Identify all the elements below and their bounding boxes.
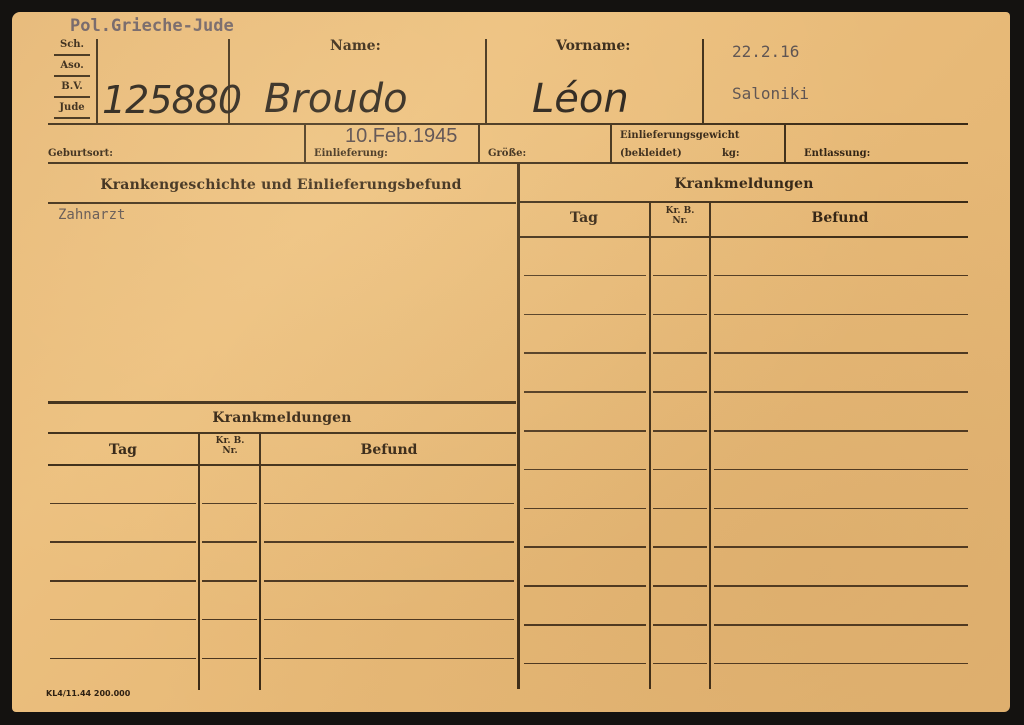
name-label: Name: (330, 38, 381, 54)
row-rule (264, 541, 514, 543)
col-befund: Befund (712, 210, 968, 226)
col-krb: Kr. B. (650, 206, 710, 216)
divider (709, 202, 711, 689)
row-rule (653, 430, 707, 432)
col-nr: Nr. (200, 446, 260, 456)
divider (54, 54, 90, 56)
row-rule (524, 352, 646, 354)
history-title: Krankengeschichte und Einlieferungsbefun… (48, 177, 514, 193)
birthplace-label: Geburtsort: (48, 148, 113, 159)
row-rule (524, 624, 646, 626)
row-rule (653, 314, 707, 316)
row-rule (50, 580, 196, 582)
row-rule (653, 508, 707, 510)
weight-unit: kg: (722, 148, 740, 159)
admission-date-stamp: 10.Feb.1945 (345, 125, 457, 148)
row-rule (50, 541, 196, 543)
divider (520, 201, 968, 203)
row-rule (202, 503, 257, 505)
row-rule (714, 663, 968, 665)
row-rule (524, 391, 646, 393)
row-rule (524, 469, 646, 471)
divider (48, 123, 968, 125)
row-rule (202, 580, 257, 582)
row-rule (653, 663, 707, 665)
divider (485, 39, 487, 123)
row-rule (653, 391, 707, 393)
divider (48, 432, 516, 434)
row-rule (653, 469, 707, 471)
row-rule (714, 585, 968, 587)
row-rule (264, 658, 514, 660)
divider (54, 75, 90, 77)
row-rule (714, 469, 968, 471)
row-rule (264, 580, 514, 582)
firstname-value: Léon (532, 76, 629, 122)
divider (520, 236, 968, 238)
row-rule (524, 275, 646, 277)
birth-date: 22.2.16 (732, 42, 799, 61)
height-label: Größe: (488, 148, 526, 159)
divider (48, 162, 968, 164)
row-rule (653, 546, 707, 548)
col-nr: Nr. (650, 216, 710, 226)
row-rule (714, 508, 968, 510)
row-rule (202, 619, 257, 621)
row-rule (653, 585, 707, 587)
row-rule (524, 585, 646, 587)
divider (478, 125, 480, 163)
label-sch: Sch. (54, 39, 90, 50)
row-rule (714, 391, 968, 393)
history-entry[interactable]: Zahnarzt (58, 207, 125, 223)
divider (48, 202, 516, 204)
row-rule (264, 619, 514, 621)
prisoner-number: 125880 (102, 78, 241, 122)
divider (784, 125, 786, 163)
row-rule (714, 430, 968, 432)
divider (54, 96, 90, 98)
row-rule (714, 352, 968, 354)
admission-label: Einlieferung: (314, 148, 388, 159)
sick-reports-right-title: Krankmeldungen (520, 176, 968, 192)
divider (54, 117, 90, 119)
divider (610, 125, 612, 163)
divider (517, 164, 520, 689)
label-bv: B.V. (54, 81, 90, 92)
row-rule (524, 508, 646, 510)
row-rule (524, 314, 646, 316)
divider (649, 202, 651, 689)
row-rule (714, 275, 968, 277)
release-label: Entlassung: (804, 148, 870, 159)
row-rule (714, 314, 968, 316)
row-rule (50, 503, 196, 505)
col-befund: Befund (262, 442, 516, 458)
col-tag: Tag (48, 442, 198, 458)
col-tag: Tag (520, 210, 648, 226)
row-rule (653, 624, 707, 626)
row-rule (714, 546, 968, 548)
row-rule (202, 541, 257, 543)
row-rule (714, 624, 968, 626)
label-aso: Aso. (54, 60, 90, 71)
divider (304, 125, 306, 163)
row-rule (653, 352, 707, 354)
weight-sublabel: (bekleidet) (620, 148, 682, 159)
category-stamp: Pol.Grieche-Jude (70, 16, 234, 36)
row-rule (653, 275, 707, 277)
sick-reports-left-title: Krankmeldungen (48, 410, 516, 426)
divider (259, 432, 261, 690)
divider (48, 401, 516, 404)
print-code: KL4/11.44 200.000 (46, 689, 130, 698)
row-rule (524, 546, 646, 548)
divider (198, 432, 200, 690)
row-rule (524, 663, 646, 665)
row-rule (524, 430, 646, 432)
row-rule (264, 503, 514, 505)
divider (96, 39, 98, 123)
row-rule (202, 658, 257, 660)
name-value: Broudo (264, 76, 408, 122)
col-krb: Kr. B. (200, 436, 260, 446)
divider (702, 39, 704, 123)
divider (48, 464, 516, 466)
prisoner-medical-card: Pol.Grieche-Jude Sch. Aso. B.V. Jude 125… (12, 12, 1010, 712)
weight-label: Einlieferungsgewicht (620, 130, 740, 141)
label-jude: Jude (54, 102, 90, 113)
row-rule (50, 619, 196, 621)
firstname-label: Vorname: (556, 38, 630, 54)
row-rule (50, 658, 196, 660)
birth-place: Saloniki (732, 84, 809, 103)
